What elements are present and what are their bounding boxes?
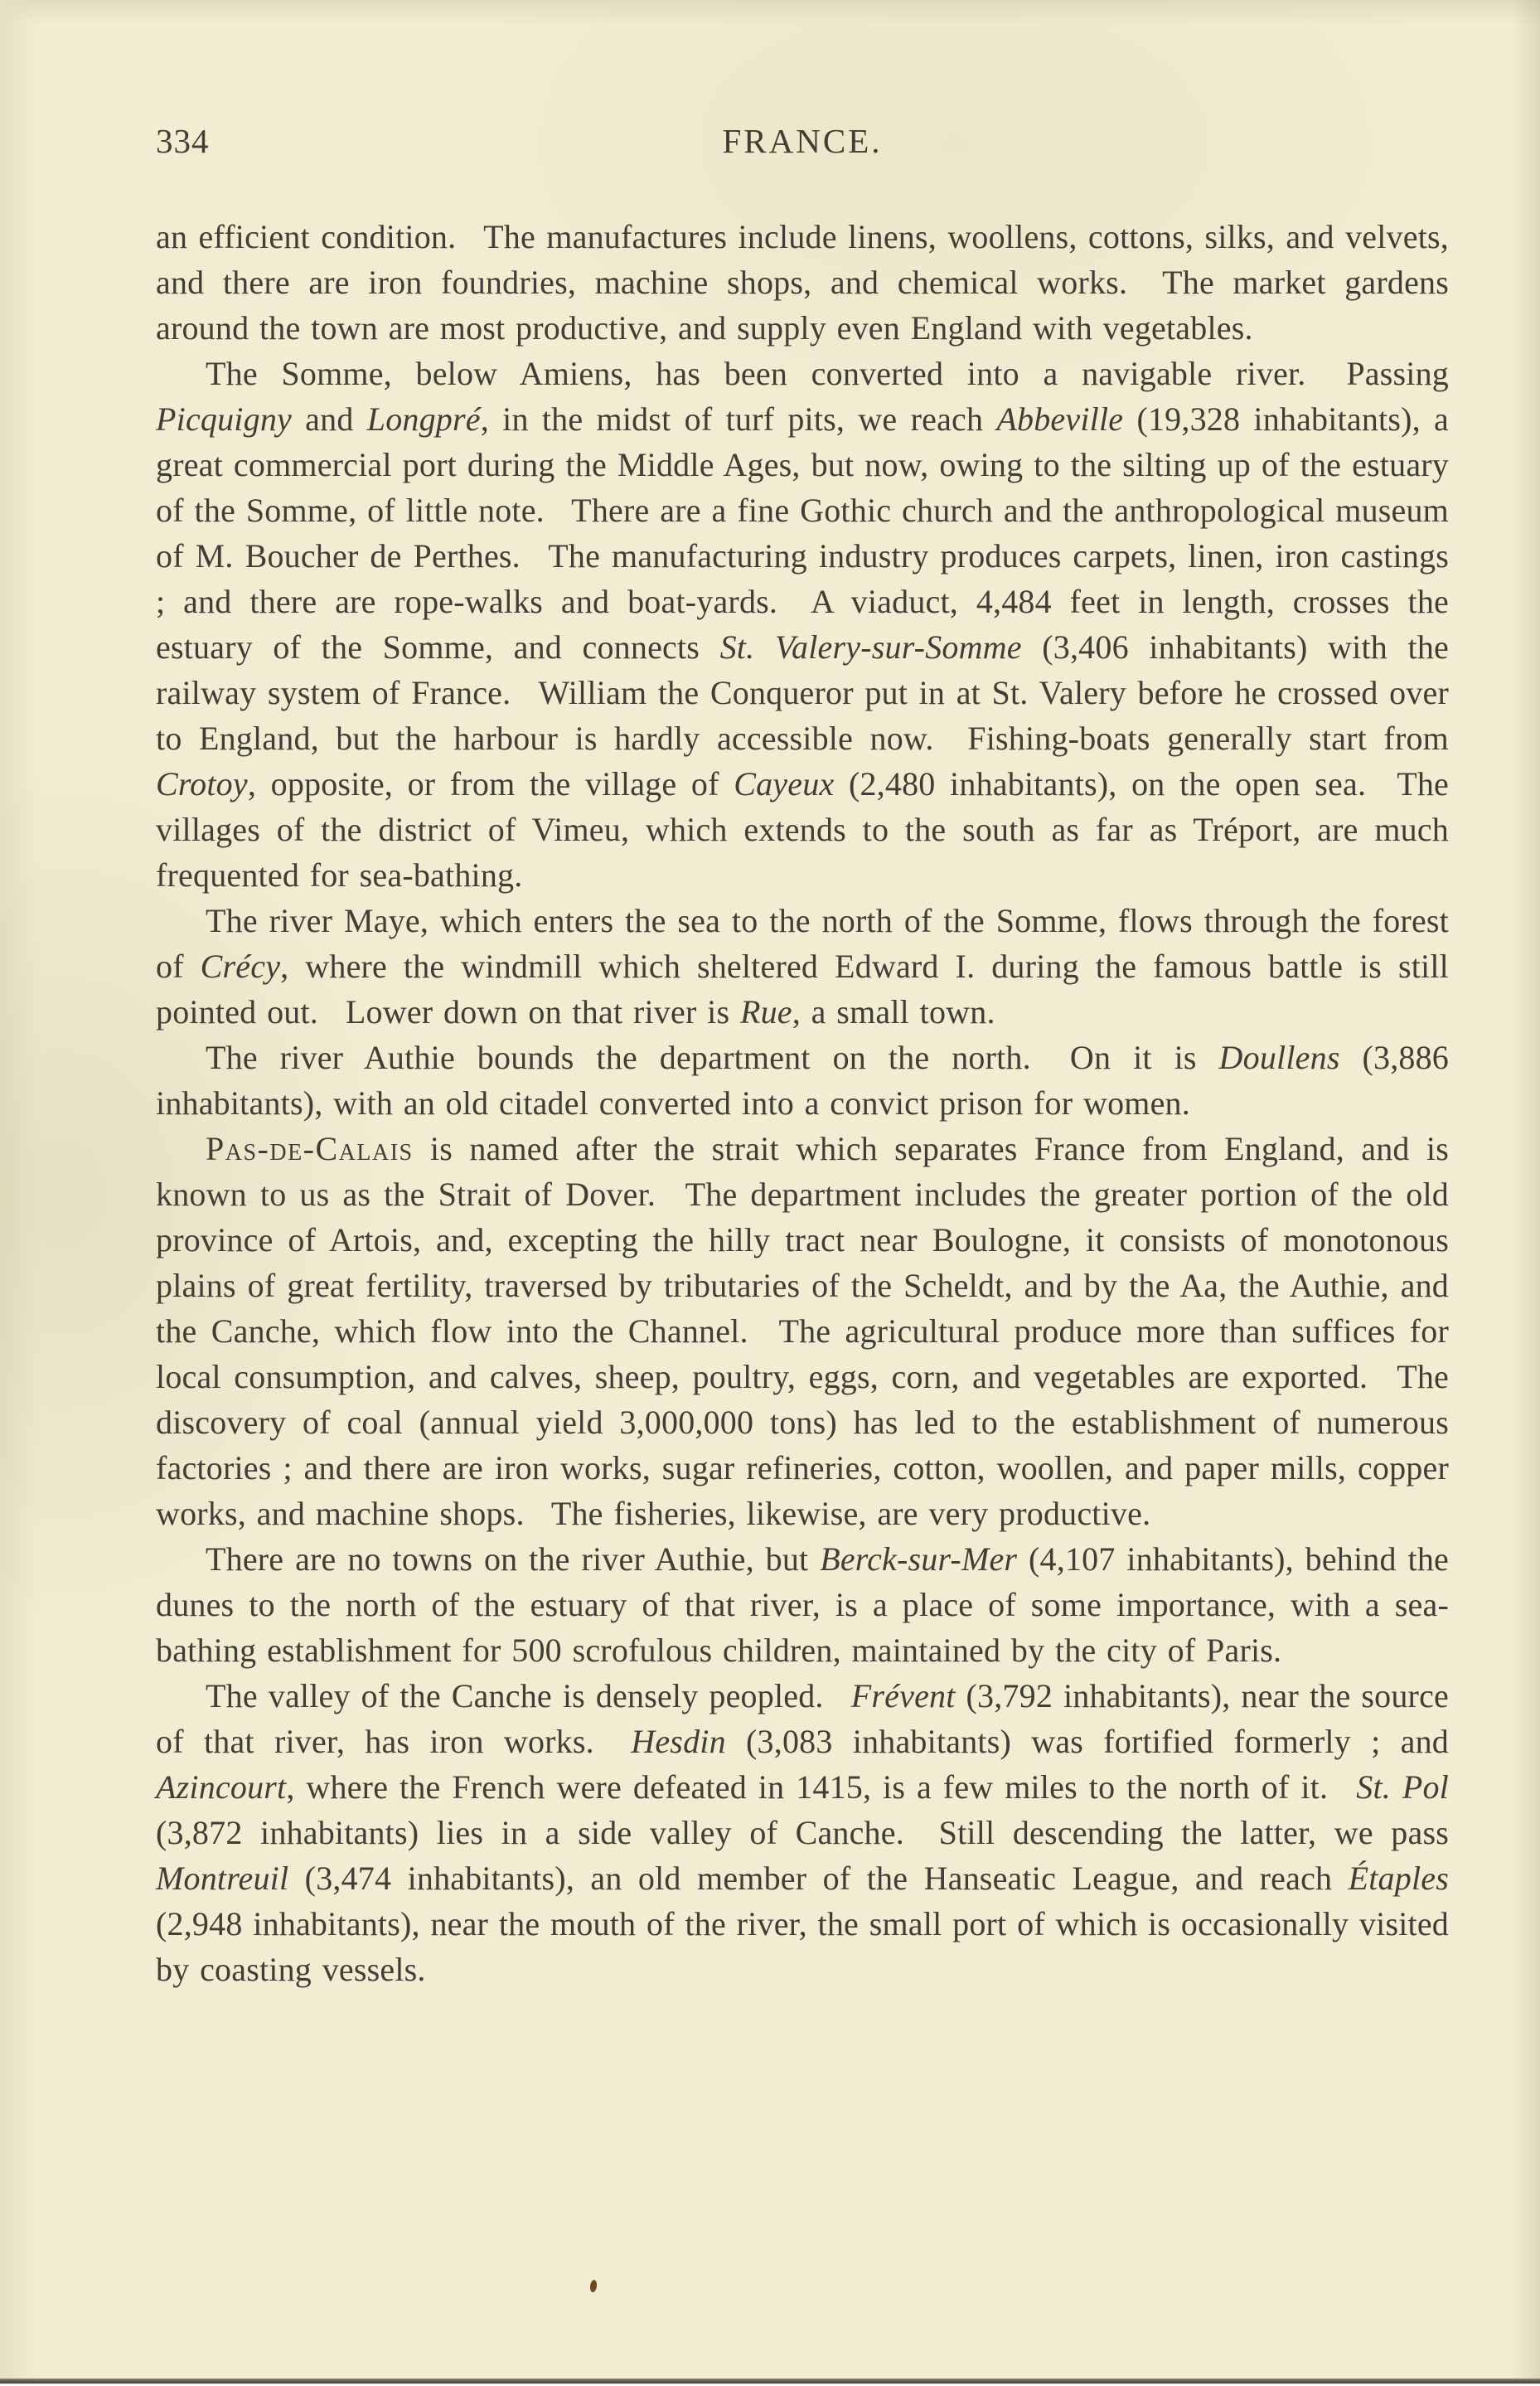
text-run: The Somme, below Amiens, has been conver… <box>206 355 1449 392</box>
paragraph: The valley of the Canche is densely peop… <box>156 1673 1449 1992</box>
paragraph: Pas-de-Calais is named after the strait … <box>156 1126 1449 1536</box>
page-body: an efficient condition. The manufactures… <box>156 214 1449 1992</box>
paragraph: The river Maye, which enters the sea to … <box>156 898 1449 1035</box>
italic-place-name: Azincourt <box>156 1768 286 1806</box>
italic-place-name: Hesdin <box>631 1723 726 1760</box>
text-run: (19,328 inhabitants), a great commercial… <box>156 400 1449 666</box>
text-run: , opposite, or from the village of <box>248 765 734 803</box>
italic-place-name: Crotoy <box>156 765 248 803</box>
italic-place-name: Frévent <box>851 1677 956 1714</box>
text-run: The valley of the Canche is densely peop… <box>206 1677 851 1714</box>
paragraph: an efficient condition. The manufactures… <box>156 214 1449 351</box>
text-run: , in the midst of turf pits, we reach <box>481 400 997 438</box>
paragraph: The Somme, below Amiens, has been conver… <box>156 351 1449 898</box>
page-header: 334 FRANCE. <box>156 121 1449 164</box>
italic-place-name: St. Pol <box>1356 1768 1449 1806</box>
italic-place-name: Abbeville <box>996 400 1123 438</box>
italic-place-name: Étaples <box>1349 1860 1449 1897</box>
page-title: FRANCE. <box>156 121 1449 161</box>
text-run: (2,948 inhabitants), near the mouth of t… <box>156 1905 1449 1988</box>
scanned-book-page: { "colors": { "paper": "#f2ecd3", "paper… <box>0 0 1540 2386</box>
italic-place-name: St. Valery-sur-Somme <box>720 628 1022 666</box>
text-run: an efficient condition. The manufactures… <box>156 218 1449 347</box>
paper-speck <box>589 2280 598 2293</box>
italic-place-name: Montreuil <box>156 1860 288 1897</box>
italic-place-name: Cayeux <box>734 765 834 803</box>
italic-place-name: Doullens <box>1219 1039 1340 1076</box>
text-run: (3,872 inhabitants) lies in a side valle… <box>156 1814 1449 1851</box>
text-run: There are no towns on the river Authie, … <box>206 1540 820 1578</box>
text-run: and <box>292 400 367 438</box>
paragraph: The river Authie bounds the department o… <box>156 1035 1449 1126</box>
italic-place-name: Crécy <box>201 948 281 985</box>
paper-speck-small <box>630 285 634 289</box>
italic-place-name: Rue <box>740 993 792 1031</box>
text-run: is named after the strait which separate… <box>156 1130 1449 1532</box>
text-run: The river Authie bounds the department o… <box>206 1039 1219 1076</box>
text-run: (3,083 inhabitants) was fortified former… <box>726 1723 1449 1760</box>
italic-place-name: Berck-sur-Mer <box>820 1540 1017 1578</box>
italic-place-name: Longpré <box>367 400 481 438</box>
text-run: (3,474 inhabitants), an old member of th… <box>288 1860 1348 1897</box>
paragraph: There are no towns on the river Authie, … <box>156 1536 1449 1673</box>
italic-place-name: Picquigny <box>156 400 292 438</box>
text-run: , where the French were defeated in 1415… <box>286 1768 1356 1806</box>
small-caps-name: Pas-de-Calais <box>206 1130 414 1167</box>
text-run: , a small town. <box>792 993 995 1031</box>
